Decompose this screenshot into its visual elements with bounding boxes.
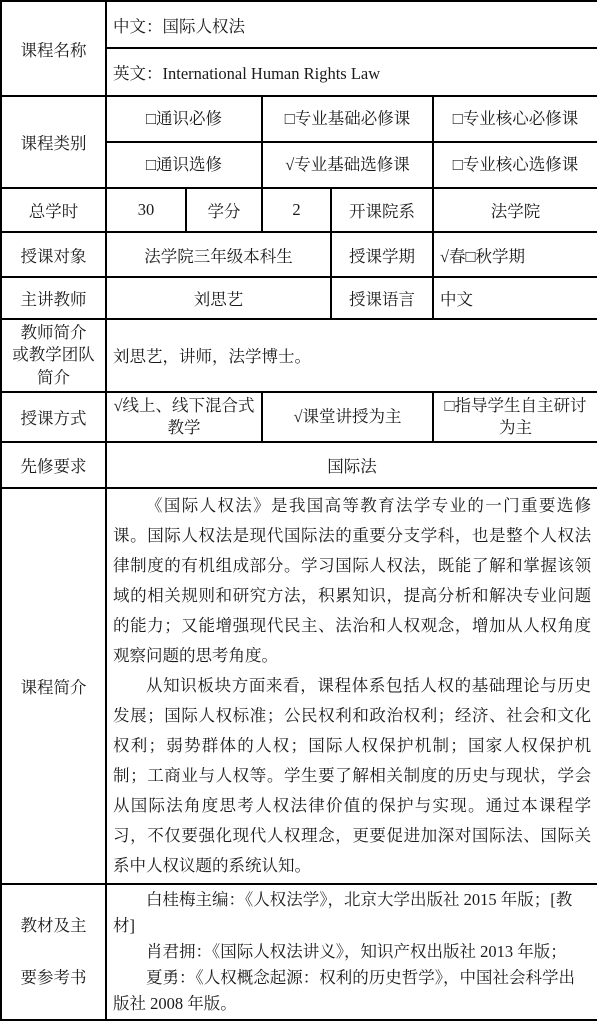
course-info-table: 课程名称 中文：国际人权法 英文：International Human Rig… xyxy=(0,0,597,1021)
credits-value: 2 xyxy=(262,188,331,232)
instructor-value: 刘思艺 xyxy=(106,277,331,319)
textbook-item-3: 夏勇：《人权概念起源：权利的历史哲学》，中国社会科学出版社 2008 年版。 xyxy=(113,965,591,1017)
total-hours-label: 总学时 xyxy=(1,188,106,232)
instructor-label: 主讲教师 xyxy=(1,277,106,319)
teaching-method-label: 授课方式 xyxy=(1,392,106,443)
language-value: 中文 xyxy=(433,277,597,319)
prerequisite-value: 国际法 xyxy=(106,442,597,488)
semester-value: √春□秋学期 xyxy=(433,232,597,277)
row-audience: 授课对象 法学院三年级本科生 授课学期 √春□秋学期 xyxy=(1,232,597,277)
textbook-item-2: 肖君拥：《国际人权法讲义》，知识产权出版社 2013 年版； xyxy=(113,939,591,965)
category-option-basic-elective: √专业基础选修课 xyxy=(262,142,433,188)
course-name-zh: 中文：国际人权法 xyxy=(106,1,597,48)
row-instructor: 主讲教师 刘思艺 授课语言 中文 xyxy=(1,277,597,319)
course-intro-paragraph-2: 从知识板块方面来看，课程体系包括人权的基础理论与历史发展；国际人权标准；公民权利… xyxy=(113,671,591,881)
category-option-core-required: □专业核心必修课 xyxy=(433,96,597,142)
row-hours: 总学时 30 学分 2 开课院系 法学院 xyxy=(1,188,597,232)
method-option-blended: √线上、线下混合式教学 xyxy=(106,392,262,443)
category-option-basic-required: □专业基础必修课 xyxy=(262,96,433,142)
credits-label: 学分 xyxy=(186,188,262,232)
category-option-core-elective: □专业核心选修课 xyxy=(433,142,597,188)
category-option-general-required: □通识必修 xyxy=(106,96,262,142)
course-name-label: 课程名称 xyxy=(1,1,106,96)
textbook-item-1: 白桂梅主编：《人权法学》，北京大学出版社 2015 年版；[教材] xyxy=(113,887,591,939)
category-label: 课程类别 xyxy=(1,96,106,188)
language-label: 授课语言 xyxy=(331,277,433,319)
category-option-general-elective: □通识选修 xyxy=(106,142,262,188)
row-course-name-zh: 课程名称 中文：国际人权法 xyxy=(1,1,597,48)
row-teaching-method: 授课方式 √线上、线下混合式教学 √课堂讲授为主 □指导学生自主研讨为主 xyxy=(1,392,597,443)
textbooks-label: 教材及主 要参考书 xyxy=(1,884,106,1020)
row-instructor-bio: 教师简介 或教学团队 简介 刘思艺，讲师，法学博士。 xyxy=(1,319,597,392)
course-intro-text: 《国际人权法》是我国高等教育法学专业的一门重要选修课。国际人权法是现代国际法的重… xyxy=(106,488,597,884)
course-intro-label: 课程简介 xyxy=(1,488,106,884)
row-course-intro: 课程简介 《国际人权法》是我国高等教育法学专业的一门重要选修课。国际人权法是现代… xyxy=(1,488,597,884)
course-intro-paragraph-1: 《国际人权法》是我国高等教育法学专业的一门重要选修课。国际人权法是现代国际法的重… xyxy=(113,491,591,671)
audience-value: 法学院三年级本科生 xyxy=(106,232,331,277)
textbooks-list: 白桂梅主编：《人权法学》，北京大学出版社 2015 年版；[教材] 肖君拥：《国… xyxy=(106,884,597,1020)
instructor-bio-label: 教师简介 或教学团队 简介 xyxy=(1,319,106,392)
instructor-bio-value: 刘思艺，讲师，法学博士。 xyxy=(106,319,597,392)
method-option-lecture: √课堂讲授为主 xyxy=(262,392,433,443)
audience-label: 授课对象 xyxy=(1,232,106,277)
course-name-en: 英文：International Human Rights Law xyxy=(106,48,597,96)
semester-label: 授课学期 xyxy=(331,232,433,277)
method-option-self-study: □指导学生自主研讨为主 xyxy=(433,392,597,443)
prerequisite-label: 先修要求 xyxy=(1,442,106,488)
row-category-1: 课程类别 □通识必修 □专业基础必修课 □专业核心必修课 xyxy=(1,96,597,142)
department-label: 开课院系 xyxy=(331,188,433,232)
row-prerequisite: 先修要求 国际法 xyxy=(1,442,597,488)
department-value: 法学院 xyxy=(433,188,597,232)
row-textbooks: 教材及主 要参考书 白桂梅主编：《人权法学》，北京大学出版社 2015 年版；[… xyxy=(1,884,597,1020)
total-hours-value: 30 xyxy=(106,188,186,232)
